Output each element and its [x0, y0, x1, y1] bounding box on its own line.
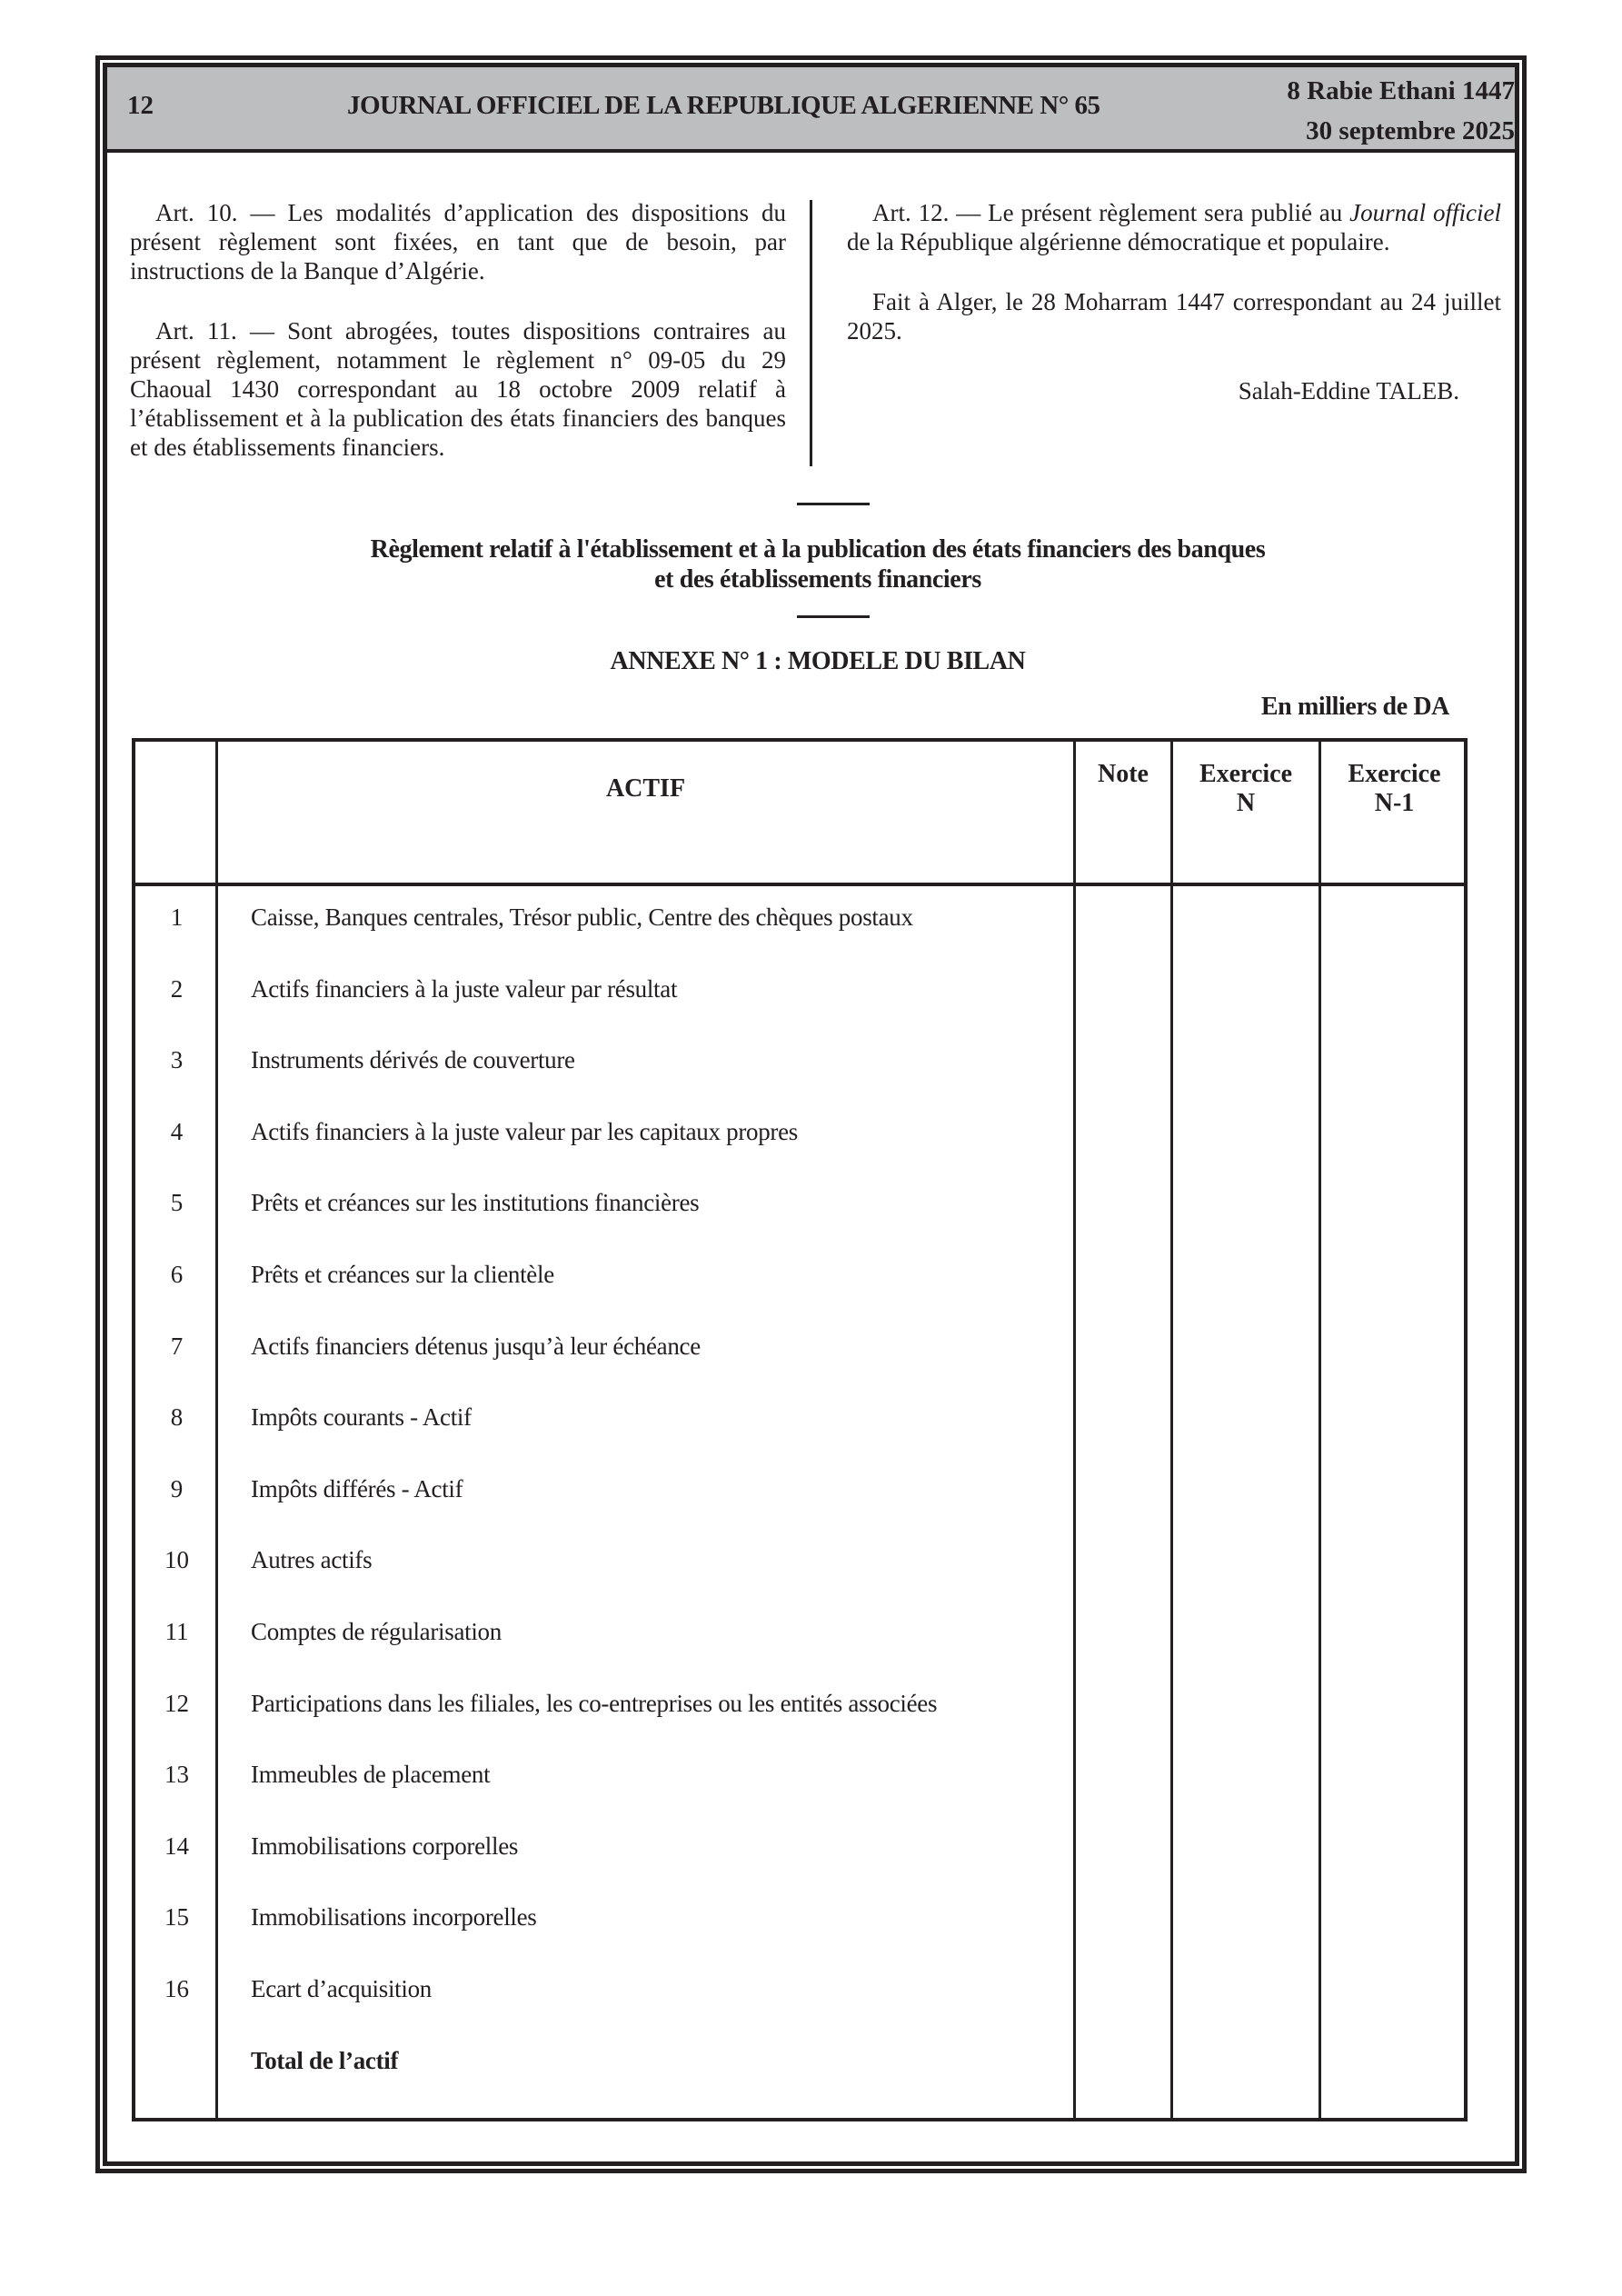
table-row: 15Immobilisations incorporelles [135, 1903, 1464, 1940]
article-12-text: Art. 12. — Le présent règlement sera pub… [872, 199, 1349, 226]
done-at: Fait à Alger, le 28 Moharram 1447 corres… [847, 287, 1501, 345]
row-number: 15 [135, 1903, 218, 1932]
balance-sheet-table: ACTIF Note Exercice N Exercice N-1 1Cais… [132, 738, 1468, 2121]
row-label: Participations dans les filiales, les co… [251, 1690, 937, 1718]
exercice-label: Exercice [1173, 760, 1318, 789]
row-label: Prêts et créances sur les institutions f… [251, 1189, 699, 1217]
issue-date: 8 Rabie Ethani 1447 30 septembre 2025 [1287, 71, 1515, 151]
table-row: 5Prêts et créances sur les institutions … [135, 1189, 1464, 1225]
column-header-actif: ACTIF [218, 774, 1073, 804]
row-label: Ecart d’acquisition [251, 1975, 432, 2003]
row-number: 9 [135, 1475, 218, 1503]
page-number: 12 [127, 91, 154, 121]
row-number: 14 [135, 1832, 218, 1861]
table-row: 14Immobilisations corporelles [135, 1832, 1464, 1869]
row-label: Impôts différés - Actif [251, 1475, 463, 1503]
total-label: Total de l’actif [251, 2047, 398, 2075]
table-row: 10Autres actifs [135, 1546, 1464, 1582]
row-number: 1 [135, 903, 218, 932]
article-12-text-end: de la République algérienne démocratique… [847, 228, 1390, 255]
date-hijri: 8 Rabie Ethani 1447 [1287, 71, 1515, 111]
row-number: 6 [135, 1261, 218, 1289]
exercice-label: Exercice [1321, 760, 1468, 789]
separator-rule [797, 615, 870, 618]
table-row: 11Comptes de régularisation [135, 1618, 1464, 1654]
table-row: 13Immeubles de placement [135, 1761, 1464, 1797]
row-label: Autres actifs [251, 1546, 372, 1574]
table-row: 4Actifs financiers à la juste valeur par… [135, 1118, 1464, 1154]
signature: Salah-Eddine TALEB. [847, 376, 1501, 405]
row-label: Comptes de régularisation [251, 1618, 502, 1646]
unit-label: En milliers de DA [1261, 693, 1449, 722]
table-row: 1Caisse, Banques centrales, Trésor publi… [135, 903, 1464, 940]
table-row: 3Instruments dérivés de couverture [135, 1046, 1464, 1083]
row-label: Actifs financiers détenus jusqu’à leur é… [251, 1333, 701, 1361]
separator-rule [797, 503, 870, 505]
journal-officiel-italic: Journal officiel [1349, 199, 1501, 226]
row-number: 16 [135, 1975, 218, 2003]
article-10: Art. 10. — Les modalités d’application d… [130, 198, 786, 285]
row-label: Immeubles de placement [251, 1761, 490, 1789]
row-label: Instruments dérivés de couverture [251, 1046, 575, 1074]
left-column: Art. 10. — Les modalités d’application d… [130, 198, 786, 462]
header-divider [135, 883, 1464, 886]
row-number: 13 [135, 1761, 218, 1789]
column-header-note: Note [1076, 760, 1170, 789]
article-11: Art. 11. — Sont abrogées, toutes disposi… [130, 316, 786, 462]
column-header-exercice-n-1: Exercice N-1 [1321, 760, 1468, 818]
table-row: 9Impôts différés - Actif [135, 1475, 1464, 1512]
row-label: Prêts et créances sur la clientèle [251, 1261, 554, 1289]
row-number: 2 [135, 975, 218, 1003]
article-12: Art. 12. — Le présent règlement sera pub… [847, 198, 1501, 256]
row-number: 11 [135, 1618, 218, 1646]
table-row: 8Impôts courants - Actif [135, 1403, 1464, 1440]
row-label: Immobilisations incorporelles [251, 1903, 537, 1932]
table-row-total: Total de l’actif [135, 2047, 1464, 2083]
column-divider [810, 200, 812, 466]
row-label: Caisse, Banques centrales, Trésor public… [251, 903, 913, 932]
journal-title: JOURNAL OFFICIEL DE LA REPUBLIQUE ALGERI… [347, 91, 1100, 121]
regulation-title-line2: et des établissements financiers [273, 564, 1363, 594]
right-column: Art. 12. — Le présent règlement sera pub… [847, 198, 1501, 405]
row-label: Actifs financiers à la juste valeur par … [251, 1118, 798, 1146]
column-header-exercice-n: Exercice N [1173, 760, 1318, 818]
row-label: Impôts courants - Actif [251, 1403, 472, 1432]
row-number: 8 [135, 1403, 218, 1432]
row-label: Immobilisations corporelles [251, 1832, 518, 1861]
regulation-title: Règlement relatif à l'établissement et à… [273, 534, 1363, 594]
row-number: 10 [135, 1546, 218, 1574]
row-number: 4 [135, 1118, 218, 1146]
exercice-year: N-1 [1321, 789, 1468, 818]
row-number: 7 [135, 1333, 218, 1361]
row-number: 3 [135, 1046, 218, 1074]
row-label: Actifs financiers à la juste valeur par … [251, 975, 677, 1003]
date-gregorian: 30 septembre 2025 [1287, 111, 1515, 151]
table-row: 12Participations dans les filiales, les … [135, 1690, 1464, 1726]
row-number: 12 [135, 1690, 218, 1718]
annex-title: ANNEXE N° 1 : MODELE DU BILAN [273, 647, 1363, 676]
table-row: 7Actifs financiers détenus jusqu’à leur … [135, 1333, 1464, 1369]
regulation-title-line1: Règlement relatif à l'établissement et à… [273, 534, 1363, 564]
table-row: 2Actifs financiers à la juste valeur par… [135, 975, 1464, 1012]
exercice-year: N [1173, 789, 1318, 818]
table-row: 16Ecart d’acquisition [135, 1975, 1464, 2011]
table-row: 6Prêts et créances sur la clientèle [135, 1261, 1464, 1297]
row-number: 5 [135, 1189, 218, 1217]
